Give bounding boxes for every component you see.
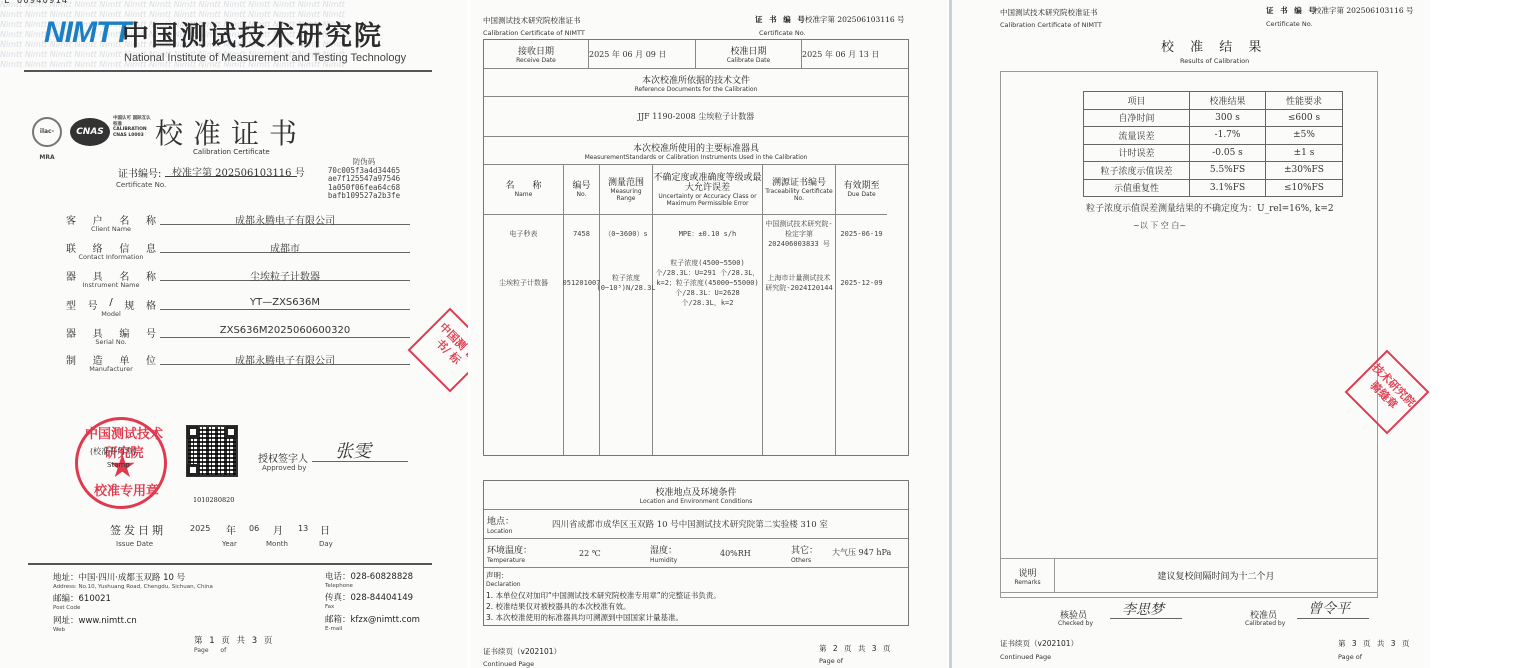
table-row: 粒子浓度示值误差5.5%FS±30%FS (1084, 162, 1343, 180)
standards-column: 中国测试技术研究院-检定字第 202406003833 号上海市计量测试技术研究… (763, 215, 836, 455)
ilac-mra-logo: ilac-MRA (32, 117, 62, 147)
results-column-header: 校准结果 (1190, 92, 1266, 110)
results-cell: 示值重复性 (1084, 179, 1190, 197)
remarks-row: 说明 Remarks 建议复校间隔时间为十二个月 (1000, 558, 1378, 593)
cert-no-label: 证书编号: (118, 165, 161, 180)
results-column-header: 性能要求 (1266, 92, 1343, 110)
standards-column: （0~3600）s粒子浓度(0~10⁵)N/28.3L (600, 215, 653, 455)
standards-table-header: 名 称Name编号No.测量范围Measuring Range不确定度或准确度等… (484, 165, 908, 215)
checked-by-label-en: Checked by (1058, 620, 1093, 627)
standards-column-header: 溯源证书编号Traceability Certificate No. (763, 165, 836, 215)
calibrated-by-label-en: Calibrated by (1245, 620, 1285, 627)
field-value: 成都永腾电子有限公司 (160, 352, 410, 367)
standards-cell: 2025-06-19 (838, 215, 884, 253)
reference-document: JJF 1190-2008 尘埃粒子计数器 (638, 111, 754, 122)
standards-column: 7458051201007 (564, 215, 600, 455)
results-cell: 自净时间 (1084, 109, 1190, 127)
calibrator-signature: 曾令平 (1308, 598, 1350, 618)
field-underline (160, 309, 410, 310)
standards-column: 2025-06-192025-12-09 (836, 215, 887, 455)
declaration-item: 3. 本次校准使用的标准器具均可溯源到中国国家计量基准。 (484, 612, 908, 623)
field-value: ZXS636M2025060600320 (160, 325, 410, 336)
temperature-label: 环境温度： (487, 543, 532, 556)
remarks-label: 说明 (1018, 566, 1036, 579)
field-underline (160, 337, 410, 338)
approver-signature: 张雯 (335, 437, 371, 463)
standards-cell: （0~3600）s (602, 215, 650, 253)
month-unit-en: Month (266, 540, 288, 548)
standards-column-header: 有效期至Due Date (836, 165, 887, 215)
certificate-cover-page: Nimtt Nimtt Nimtt Nimtt Nimtt Nimtt Nimt… (0, 0, 468, 668)
cert-no-label-en: Certificate No. (116, 181, 166, 189)
environment-title-en: Location and Environment Conditions (640, 498, 752, 505)
telephone: 电话：028-60828828 (325, 570, 413, 582)
location-value: 四川省成都市成华区玉双路 10 号中国测试技术研究院第二实验楼 310 室 (552, 518, 828, 530)
reference-docs-title: 本次校准所依据的技术文件 (642, 73, 750, 86)
document-serial: L 00940914 (4, 0, 68, 6)
page-number-en: Page of (819, 657, 843, 665)
field-label-en: Instrument Name (66, 281, 156, 289)
column-header-en: Uncertainty or Accuracy Class or Maximum… (653, 193, 762, 207)
continued-page-label-en: Continued Page (483, 660, 534, 668)
calibrate-date-value: 2025 年 06 月 13 日 (802, 49, 879, 60)
standards-cell: 尘埃粒子计数器 (497, 253, 550, 313)
remarks-label-en: Remarks (1014, 579, 1040, 586)
email-link[interactable]: 邮箱：kfzx@nimtt.com (325, 613, 420, 625)
environment-table: 校准地点及环境条件 Location and Environment Condi… (483, 480, 909, 626)
remarks-value: 建议复校间隔时间为十二个月 (1157, 569, 1274, 582)
standards-column-header: 名 称Name (484, 165, 564, 215)
receive-date-label-en: Receive Date (516, 57, 556, 64)
results-cell: 粒子浓度示值误差 (1084, 162, 1190, 180)
page-header: 中国测试技术研究院校准证书 (1000, 7, 1098, 18)
reference-docs-title-en: Reference Documents for the Calibration (635, 86, 758, 93)
receive-date-label: 接收日期 (518, 44, 554, 57)
qr-code-number: 1010280820 (193, 496, 234, 504)
field-row: 联络信息Contact Information成都市 (66, 240, 411, 266)
calibration-stamp: 中国测试技术研究院 (校准专用章) ★ Stamp 校准专用章 (75, 417, 167, 509)
results-column-header: 项目 (1084, 92, 1190, 110)
cert-no-label-en: Certificate No. (759, 29, 806, 37)
calibrate-date-label: 校准日期 (730, 44, 766, 57)
field-value: 成都市 (160, 240, 410, 255)
cert-no-value: 校准字第 202506103116 号 (805, 14, 905, 25)
fax-en: Fax (325, 604, 334, 610)
page-number: 第 3 页 共 3 页 (1338, 638, 1411, 649)
column-header-en: No. (577, 191, 587, 198)
standards-cell: MPE：±0.10 s/h (677, 215, 739, 253)
field-value: 成都永腾电子有限公司 (160, 212, 410, 227)
results-cell: 计时误差 (1084, 144, 1190, 162)
humidity-value: 40%RH (720, 549, 751, 558)
institute-name-en: National Institute of Measurement and Te… (124, 52, 406, 64)
standards-column: 电子秒表尘埃粒子计数器 (484, 215, 564, 455)
results-cell: -1.7% (1190, 127, 1266, 145)
field-label-en: Client Name (66, 225, 156, 233)
field-label-en: Model (66, 310, 156, 318)
temperature-label-en: Temperature (487, 557, 525, 564)
column-header-cn: 测量范围 (608, 178, 644, 188)
page-number: 第 1 页 共 3 页 (194, 634, 274, 646)
results-header-row: 项目校准结果性能要求 (1084, 92, 1343, 110)
certificate-subtitle: Calibration Certificate (193, 148, 270, 156)
others-label-en: Others (791, 557, 811, 564)
uncertainty-note: 粒子浓度示值误差测量结果的不确定度为：U_rel=16%, k=2 (1086, 201, 1334, 214)
month-unit: 月 (273, 522, 283, 537)
standards-cell: 7458 (571, 215, 592, 253)
declaration-item: 1. 本单位仅对加印“中国测试技术研究院校准专用章”的完整证书负责。 (484, 590, 908, 601)
cert-no-underline (165, 176, 297, 177)
address-en: Address: No.10, Yushuang Road, Chengdu, … (53, 584, 213, 590)
results-cell: ±1 s (1266, 144, 1343, 162)
issue-month: 06 (249, 524, 259, 533)
cert-no-label: 证 书 编 号 (755, 14, 807, 25)
results-cell: ±30%FS (1266, 162, 1343, 180)
postcode-en: Post Code (53, 605, 80, 611)
results-cell: 300 s (1190, 109, 1266, 127)
day-unit-en: Day (319, 540, 333, 548)
results-title: 校 准 结 果 (1161, 36, 1267, 55)
results-cell: ≤600 s (1266, 109, 1343, 127)
continued-page-label: 证书续页（v202101） (1000, 638, 1078, 649)
column-header-cn: 溯源证书编号 (772, 178, 826, 188)
environment-title: 校准地点及环境条件 (655, 485, 736, 498)
table-row: 示值重复性3.1%FS≤10%FS (1084, 179, 1343, 197)
anti-counterfeit-code: 防伪码 70c005f3a4d34465 ae7f125547a97546 1a… (324, 158, 404, 201)
calibrate-date-label-en: Calibrate Date (727, 57, 770, 64)
field-value: YT—ZXS636M (160, 297, 410, 308)
standards-cell: 电子秒表 (508, 215, 540, 253)
cert-no-label: 证 书 编 号 (1266, 5, 1318, 16)
calibration-info-table: 接收日期 Receive Date 2025 年 06 月 09 日 校准日期 … (483, 39, 909, 456)
results-title-en: Results of Calibration (1180, 57, 1249, 65)
page-header-en: Calibration Certificate of NIMTT (483, 29, 585, 37)
column-header-en: Traceability Certificate No. (763, 188, 835, 202)
stamp-bottom-text: 校准专用章 (94, 480, 159, 499)
year-unit: 年 (226, 522, 236, 537)
results-cell: 流量误差 (1084, 127, 1190, 145)
column-header-cn: 不确定度或准确度等级或最大允许误差 (653, 173, 762, 193)
postcode: 邮编：610021 (53, 592, 111, 604)
edge-stamp: 中国测 证书/ 标 (408, 308, 468, 393)
page-header-en: Calibration Certificate of NIMTT (1000, 21, 1102, 29)
table-row: 计时误差-0.05 s±1 s (1084, 144, 1343, 162)
standards-column-header: 测量范围Measuring Range (600, 165, 653, 215)
standards-cell: 粒子浓度(0~10⁵)N/28.3L (595, 253, 658, 313)
issue-date-label-en: Issue Date (116, 540, 153, 548)
declaration-label: 声明： (484, 570, 908, 581)
standards-cell: 粒子浓度(4500~5500)个/28.3L：U=291 个/28.3L，k=2… (653, 253, 762, 313)
field-row: 型号/规格ModelYT—ZXS636M (66, 297, 411, 323)
others-label: 其它： (791, 543, 818, 556)
approved-by-label-en: Approved by (262, 464, 306, 472)
website-link[interactable]: 网址：www.nimtt.cn (53, 614, 137, 626)
results-cell: ≤10%FS (1266, 179, 1343, 197)
field-label-en: Manufacturer (66, 365, 156, 373)
declaration-label-en: Declaration (484, 581, 908, 588)
fax: 传真：028-84404149 (325, 591, 413, 603)
field-row: 制造单位Manufacturer成都永腾电子有限公司 (66, 352, 411, 378)
year-unit-en: Year (222, 540, 237, 548)
issue-day: 13 (298, 524, 308, 533)
page-number-en: Page of (1338, 653, 1362, 661)
column-header-cn: 名 称 (505, 181, 541, 191)
cnas-accreditation-text: 中国认可 国际互认 校准 CALIBRATION CNAS L0003 (113, 116, 153, 138)
standards-table-body: 电子秒表尘埃粒子计数器7458051201007（0~3600）s粒子浓度(0~… (484, 215, 908, 455)
column-header-en: Measuring Range (600, 188, 652, 202)
approved-by-label: 授权签字人 (258, 450, 308, 465)
standards-cell: 2025-12-09 (838, 253, 884, 313)
website-en: Web (53, 627, 65, 633)
institute-name-cn: 中国测试技术研究院 (122, 14, 383, 53)
continued-page-label-en: Continued Page (1000, 653, 1051, 661)
receive-date-value: 2025 年 06 月 09 日 (589, 49, 666, 60)
issue-year: 2025 (190, 524, 210, 533)
nimtt-logo: NIMTT (44, 16, 131, 50)
email-en: E-mail (325, 626, 342, 632)
cert-no-value: 校准字第 202506103116 号 (1314, 5, 1414, 16)
table-row: 自净时间300 s≤600 s (1084, 109, 1343, 127)
page-number-en: Page of (194, 647, 226, 654)
checker-signature: 李思梦 (1122, 599, 1164, 619)
certificate-page-2: 中国测试技术研究院校准证书 Calibration Certificate of… (470, 0, 948, 668)
temperature-value: 22 ℃ (579, 549, 601, 558)
standards-title-en: MeasurementStandards or Calibration Inst… (585, 154, 808, 161)
telephone-en: Telephone (325, 583, 353, 589)
page-number: 第 2 页 共 3 页 (819, 643, 892, 654)
results-cell: 3.1%FS (1190, 179, 1266, 197)
humidity-label: 湿度： (650, 543, 677, 556)
location-label-en: Location (487, 528, 512, 535)
field-value: 尘埃粒子计数器 (160, 268, 410, 283)
cert-no-label-en: Certificate No. (1266, 20, 1313, 28)
issue-date-label: 签发日期 (110, 522, 166, 538)
results-cell: -0.05 s (1190, 144, 1266, 162)
standards-column: MPE：±0.10 s/h粒子浓度(4500~5500)个/28.3L：U=29… (653, 215, 763, 455)
field-row: 客户名称Client Name成都永腾电子有限公司 (66, 212, 411, 238)
field-label-en: Serial No. (66, 338, 156, 346)
page-header: 中国测试技术研究院校准证书 (483, 15, 581, 26)
results-table: 项目校准结果性能要求自净时间300 s≤600 s流量误差-1.7%±5%计时误… (1083, 91, 1343, 197)
column-header-en: Due Date (847, 191, 875, 198)
address: 地址：中国·四川·成都玉双路 10 号 (53, 571, 185, 583)
field-label-en: Contact Information (66, 253, 156, 261)
continued-page-label: 证书续页（v202101） (483, 646, 561, 657)
calibrated-signature-line (1297, 618, 1369, 619)
stamp-en-text: Stamp (107, 461, 130, 469)
qr-code-icon[interactable] (186, 425, 238, 477)
table-row: 流量误差-1.7%±5% (1084, 127, 1343, 145)
field-row: 器具编号Serial No.ZXS636M2025060600320 (66, 325, 411, 351)
header-rule (24, 70, 432, 72)
standards-column-header: 不确定度或准确度等级或最大允许误差Uncertainty or Accuracy… (653, 165, 763, 215)
standards-cell: 上海市计量测试技术研究院-2024I20144 (763, 253, 835, 313)
results-cell: 5.5%FS (1190, 162, 1266, 180)
certificate-title: 校准证书 (155, 112, 307, 152)
others-value: 大气压 947 hPa (832, 547, 891, 558)
certificate-page-3: 中国测试技术研究院校准证书 Calibration Certificate of… (952, 0, 1430, 668)
blank-note: ~以 下 空 白~ (1133, 220, 1186, 231)
results-cell: ±5% (1266, 127, 1343, 145)
standards-column-header: 编号No. (564, 165, 600, 215)
day-unit: 日 (320, 522, 330, 537)
humidity-label-en: Humidity (650, 557, 677, 564)
standards-title: 本次校准所使用的主要标准器具 (633, 141, 759, 154)
declaration-item: 2. 校准结果仅对被校器具的本次校准有效。 (484, 601, 908, 612)
column-header-cn: 编号 (572, 181, 590, 191)
column-header-cn: 有效期至 (843, 181, 879, 191)
cnas-logo: CNAS (70, 118, 110, 146)
standards-cell: 中国测试技术研究院-检定字第 202406003833 号 (763, 215, 835, 253)
location-label: 地点： (487, 514, 514, 527)
footer-rule (28, 563, 432, 565)
field-row: 器具名称Instrument Name尘埃粒子计数器 (66, 268, 411, 294)
anti-counterfeit-line: bafb109527a2b3fe (324, 192, 404, 201)
column-header-en: Name (515, 191, 533, 198)
